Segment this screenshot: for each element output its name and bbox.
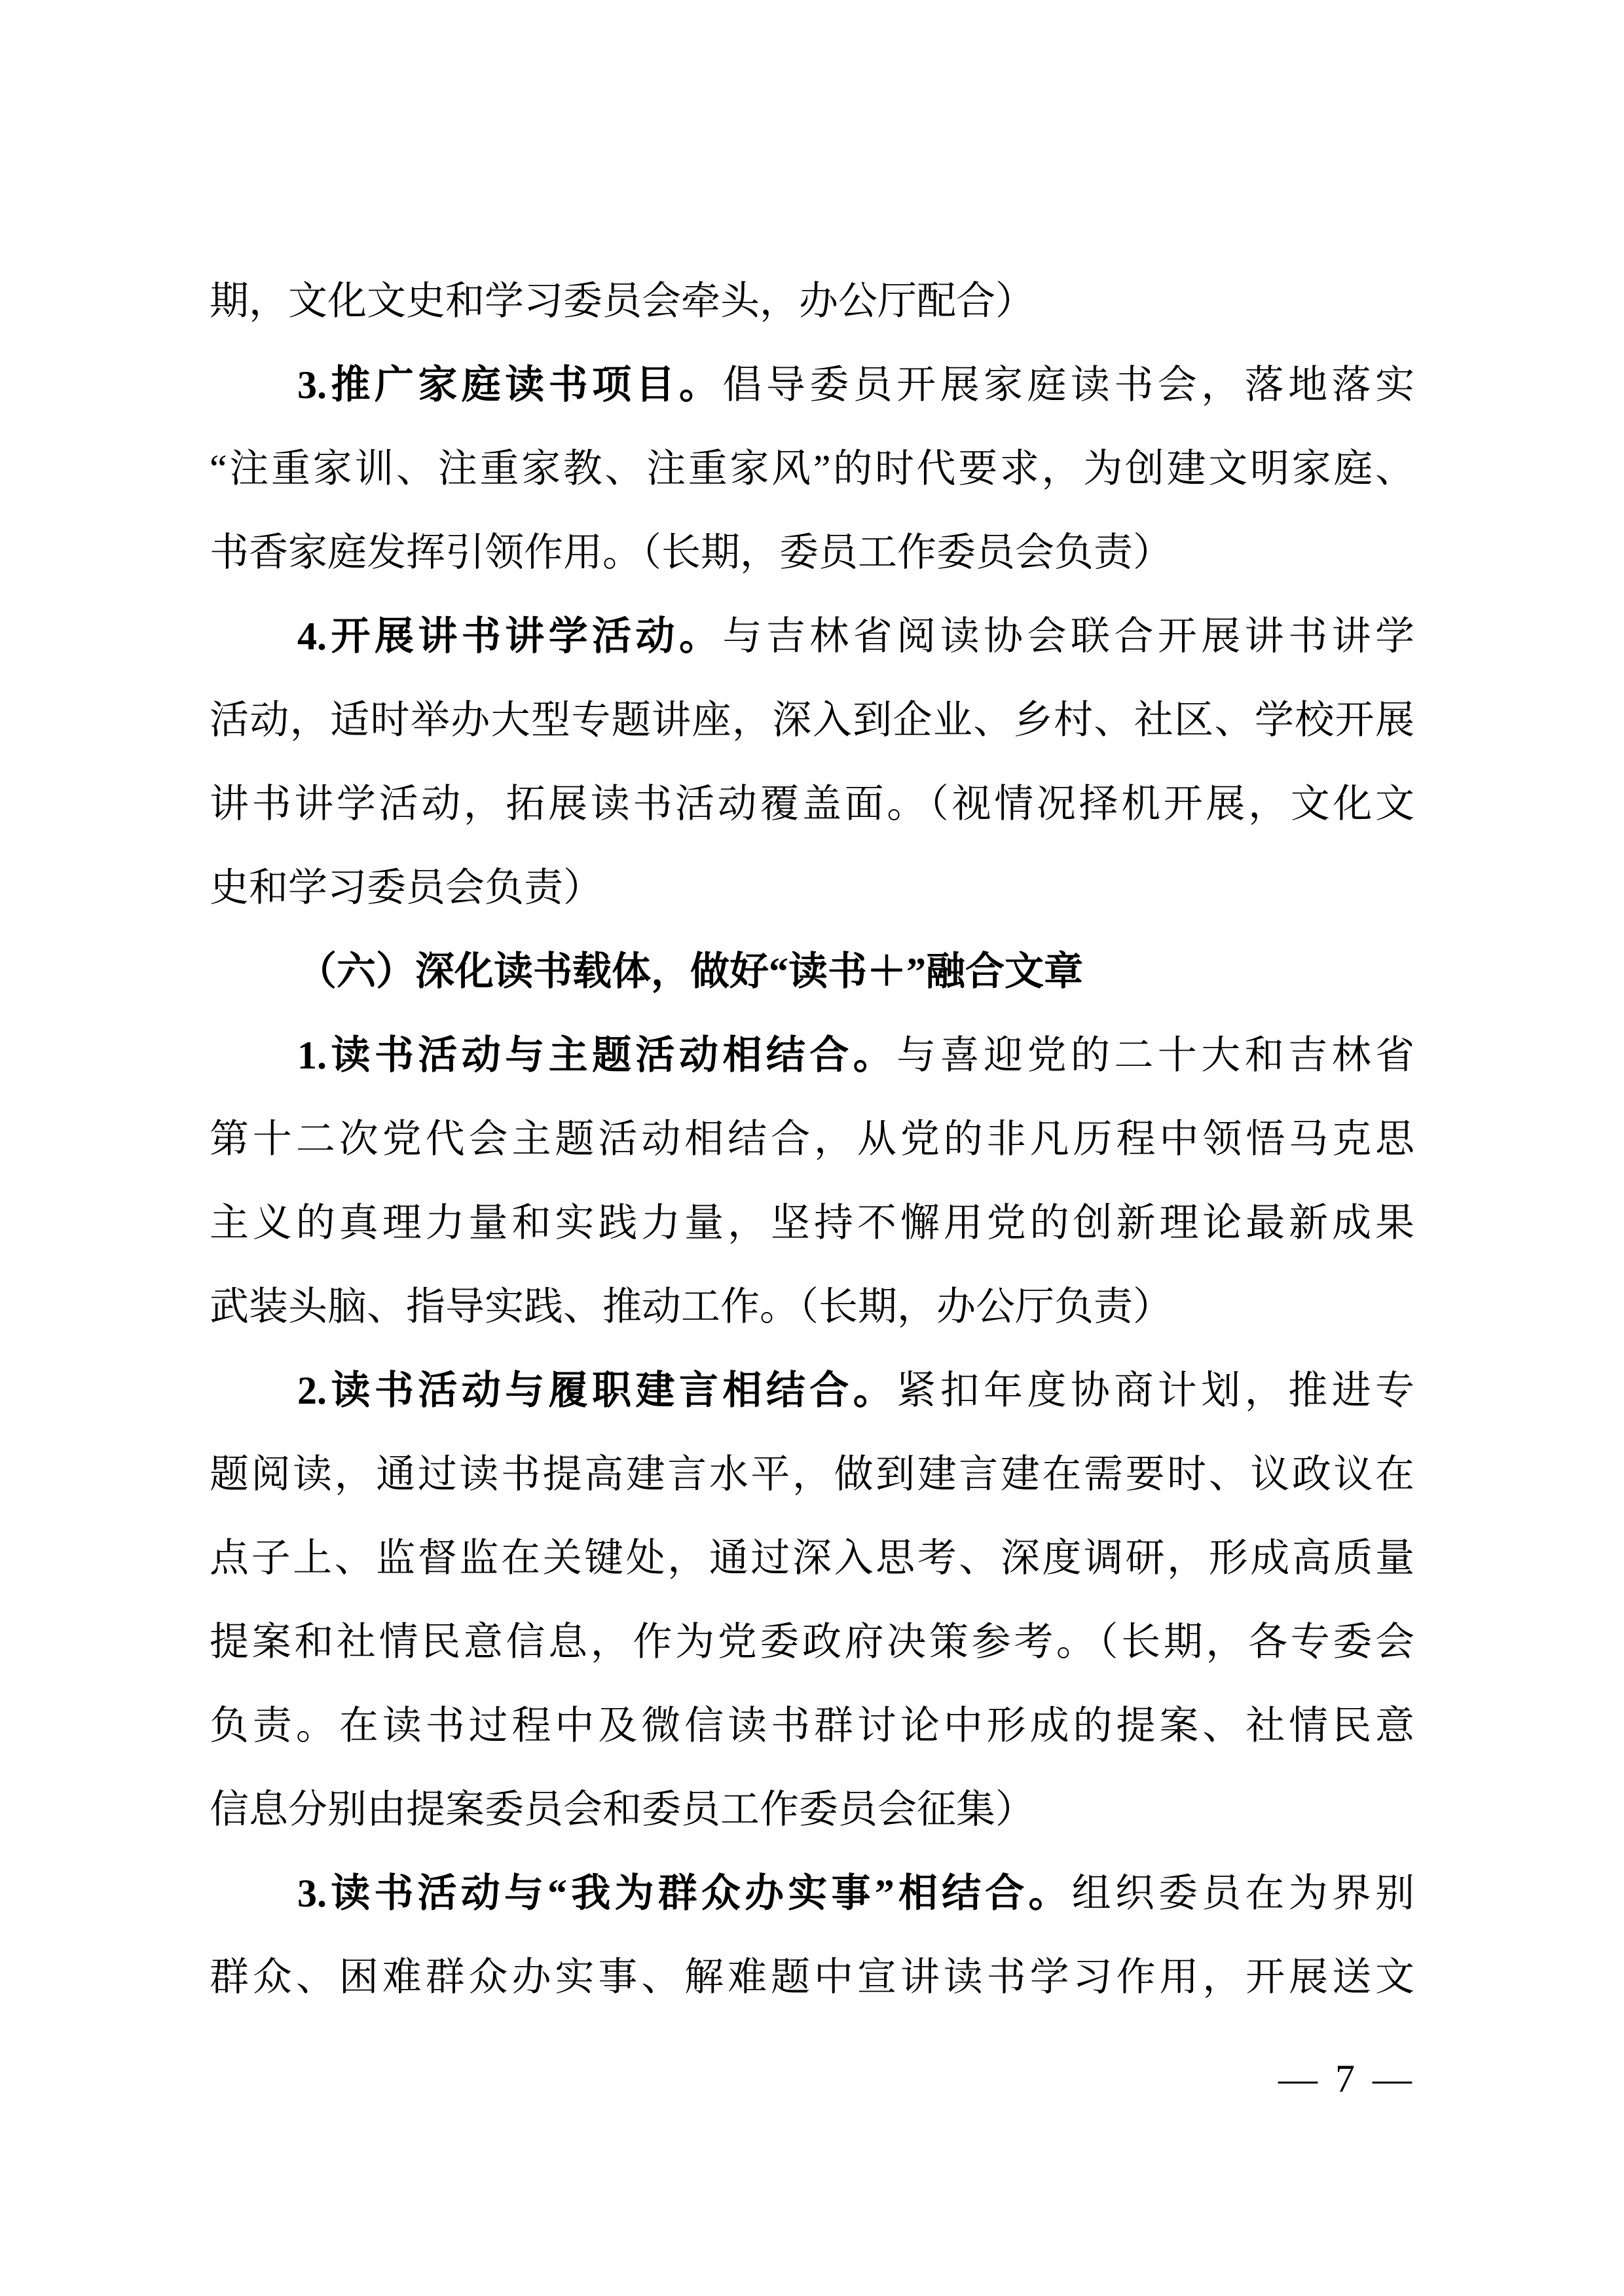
text-run: 题阅读，通过读书提高建言水平，做到建言建在需要时、议政议在 — [210, 1453, 1414, 1496]
text-line: 3.推广家庭读书项目。倡导委员开展家庭读书会，落地落实 — [210, 343, 1414, 427]
text-line: 主义的真理力量和实践力量，坚持不懈用党的创新理论最新成果 — [210, 1181, 1414, 1265]
text-line: 期，文化文史和学习委员会牵头，办公厅配合） — [210, 259, 1414, 343]
text-line: 史和学习委员会负责） — [210, 846, 1414, 930]
text-line: 信息分别由提案委员会和委员工作委员会征集） — [210, 1768, 1414, 1851]
text-line: 活动，适时举办大型专题讲座，深入到企业、乡村、社区、学校开展 — [210, 678, 1414, 762]
text-line: 提案和社情民意信息，作为党委政府决策参考。（长期，各专委会 — [210, 1600, 1414, 1684]
bold-text-run: （六）深化读书载体，做好“读书＋”融合文章 — [297, 950, 1083, 993]
document-body: 期，文化文史和学习委员会牵头，办公厅配合）3.推广家庭读书项目。倡导委员开展家庭… — [210, 259, 1414, 2019]
text-run: 组织委员在为界别 — [1072, 1872, 1414, 1915]
text-run: “注重家训、注重家教、注重家风”的时代要求，为创建文明家庭、 — [210, 447, 1414, 490]
text-run: 讲书讲学活动，拓展读书活动覆盖面。（视情况择机开展，文化文 — [210, 782, 1414, 826]
text-run: 书香家庭发挥引领作用。（长期，委员工作委员会负责） — [210, 531, 1172, 574]
text-run: 点子上、监督监在关键处，通过深入思考、深度调研，形成高质量 — [210, 1537, 1414, 1580]
text-run: 群众、困难群众办实事、解难题中宣讲读书学习作用，开展送文 — [210, 1956, 1414, 1999]
text-line: 2.读书活动与履职建言相结合。紧扣年度协商计划，推进专 — [210, 1349, 1414, 1432]
document-page: 期，文化文史和学习委员会牵头，办公厅配合）3.推广家庭读书项目。倡导委员开展家庭… — [0, 0, 1624, 2296]
text-run: 紧扣年度协商计划，推进专 — [896, 1369, 1414, 1412]
text-line: 点子上、监督监在关键处，通过深入思考、深度调研，形成高质量 — [210, 1516, 1414, 1600]
text-line: 4.开展讲书讲学活动。与吉林省阅读协会联合开展讲书讲学 — [210, 594, 1414, 678]
text-run: 信息分别由提案委员会和委员工作委员会征集） — [210, 1788, 1035, 1831]
text-run: 期，文化文史和学习委员会牵头，办公厅配合） — [210, 280, 1035, 323]
text-run: 与喜迎党的二十大和吉林省 — [896, 1034, 1414, 1077]
text-run: 提案和社情民意信息，作为党委政府决策参考。（长期，各专委会 — [210, 1620, 1414, 1664]
text-line: 题阅读，通过读书提高建言水平，做到建言建在需要时、议政议在 — [210, 1432, 1414, 1516]
text-line: “注重家训、注重家教、注重家风”的时代要求，为创建文明家庭、 — [210, 427, 1414, 511]
text-line: 负责。在读书过程中及微信读书群讨论中形成的提案、社情民意 — [210, 1684, 1414, 1768]
text-line: 讲书讲学活动，拓展读书活动覆盖面。（视情况择机开展，文化文 — [210, 762, 1414, 846]
text-line: 1.读书活动与主题活动相结合。与喜迎党的二十大和吉林省 — [210, 1013, 1414, 1097]
text-line: 书香家庭发挥引领作用。（长期，委员工作委员会负责） — [210, 511, 1414, 594]
heading-line: （六）深化读书载体，做好“读书＋”融合文章 — [210, 930, 1414, 1013]
bold-text-run: 3.读书活动与“我为群众办实事”相结合。 — [297, 1872, 1072, 1915]
page-number: — 7 — — [1278, 2056, 1416, 2102]
text-line: 3.读书活动与“我为群众办实事”相结合。组织委员在为界别 — [210, 1851, 1414, 1935]
text-run: 主义的真理力量和实践力量，坚持不懈用党的创新理论最新成果 — [210, 1201, 1414, 1245]
text-line: 第十二次党代会主题活动相结合，从党的非凡历程中领悟马克思 — [210, 1097, 1414, 1181]
text-run: 武装头脑、指导实践、推动工作。（长期，办公厅负责） — [210, 1285, 1172, 1328]
bold-text-run: 2.读书活动与履职建言相结合。 — [297, 1369, 896, 1412]
bold-text-run: 3.推广家庭读书项目。 — [297, 363, 722, 407]
text-run: 第十二次党代会主题活动相结合，从党的非凡历程中领悟马克思 — [210, 1118, 1414, 1161]
text-run: 负责。在读书过程中及微信读书群讨论中形成的提案、社情民意 — [210, 1704, 1414, 1747]
bold-text-run: 4.开展讲书讲学活动。 — [297, 615, 722, 658]
text-line: 武装头脑、指导实践、推动工作。（长期，办公厅负责） — [210, 1265, 1414, 1349]
text-run: 倡导委员开展家庭读书会，落地落实 — [722, 363, 1414, 407]
text-run: 与吉林省阅读协会联合开展讲书讲学 — [722, 615, 1414, 658]
text-run: 活动，适时举办大型专题讲座，深入到企业、乡村、社区、学校开展 — [210, 699, 1414, 742]
text-line: 群众、困难群众办实事、解难题中宣讲读书学习作用，开展送文 — [210, 1935, 1414, 2019]
bold-text-run: 1.读书活动与主题活动相结合。 — [297, 1034, 896, 1077]
text-run: 史和学习委员会负责） — [210, 866, 602, 909]
